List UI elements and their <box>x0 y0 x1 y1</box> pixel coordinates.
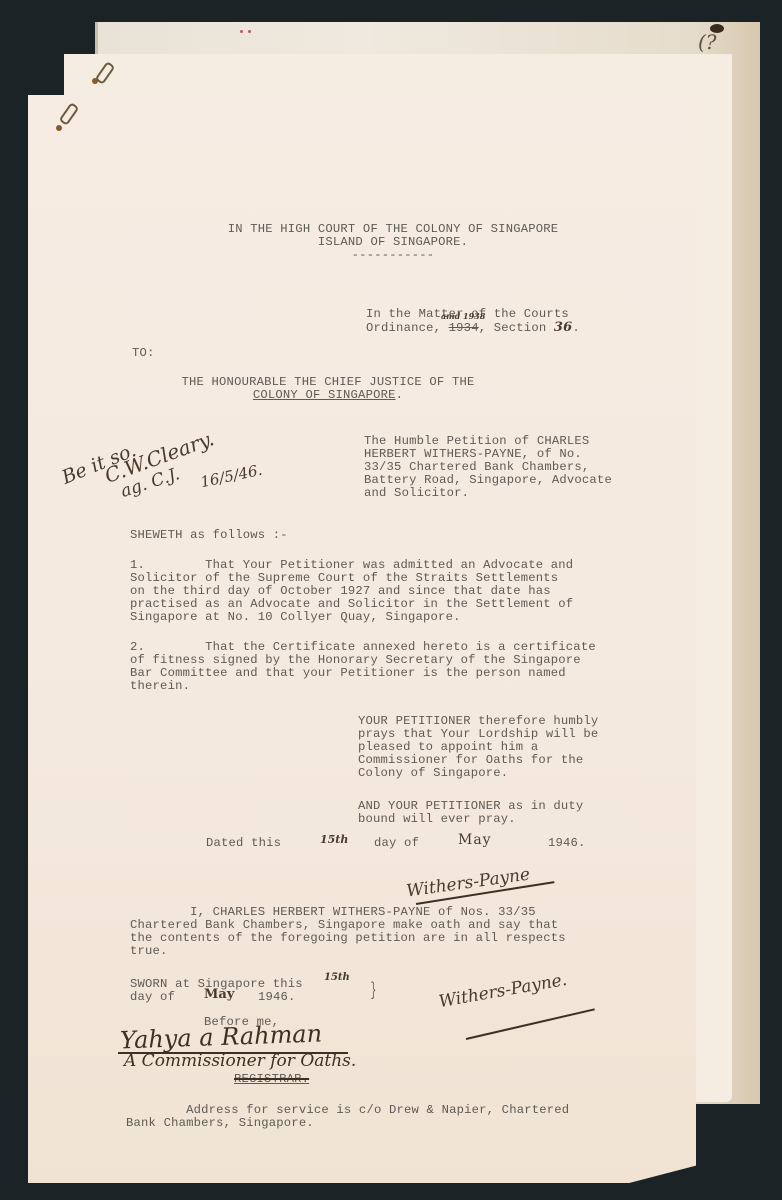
year-correction-handwritten: amd 1938 <box>441 311 485 321</box>
rust-spot <box>56 125 62 131</box>
red-mark <box>248 30 251 33</box>
heading-rule: ----------- <box>28 249 758 262</box>
rust-spot <box>92 78 98 84</box>
sworn-year: 1946. <box>258 991 296 1004</box>
section-number-handwritten: 36 <box>554 320 573 335</box>
back-sheet-mark: (? <box>698 30 717 54</box>
sworn-line2-prefix: day of <box>130 991 175 1004</box>
dated-month-handwritten: May <box>458 832 492 848</box>
matter-line2: Ordinance, 1934, Section 36. <box>366 321 580 335</box>
dated-middle: day of <box>374 837 419 850</box>
deponent-signature-underline <box>466 1008 595 1039</box>
red-mark <box>240 30 243 33</box>
sheweth-label: SHEWETH as follows :- <box>130 529 288 542</box>
commissioner-signature: Yahya a Rahman <box>120 1019 323 1054</box>
registrar-struck: REGISTRAR. <box>234 1073 309 1086</box>
addressee-line2: COLONY OF SINGAPORE. <box>28 389 628 402</box>
dated-year: 1946. <box>548 837 586 850</box>
paperclip-mark <box>59 102 80 126</box>
ink-stain <box>710 24 724 33</box>
to-label: TO: <box>132 347 155 360</box>
endorsement-date: 16/5/46. <box>199 461 264 492</box>
deponent-signature: Withers-Payne. <box>437 970 568 1012</box>
dated-day-handwritten: 15th <box>320 833 348 846</box>
commissioner-title-handwritten: A Commissioner for Oaths. <box>124 1051 356 1071</box>
sworn-month-handwritten: May <box>204 987 234 1002</box>
dated-prefix: Dated this <box>206 837 281 850</box>
sworn-brace: } <box>371 979 377 1003</box>
petition-page: IN THE HIGH COURT OF THE COLONY OF SINGA… <box>28 95 696 1183</box>
sworn-day-handwritten: 15th <box>324 972 350 983</box>
struck-year: 1934 <box>449 321 479 335</box>
